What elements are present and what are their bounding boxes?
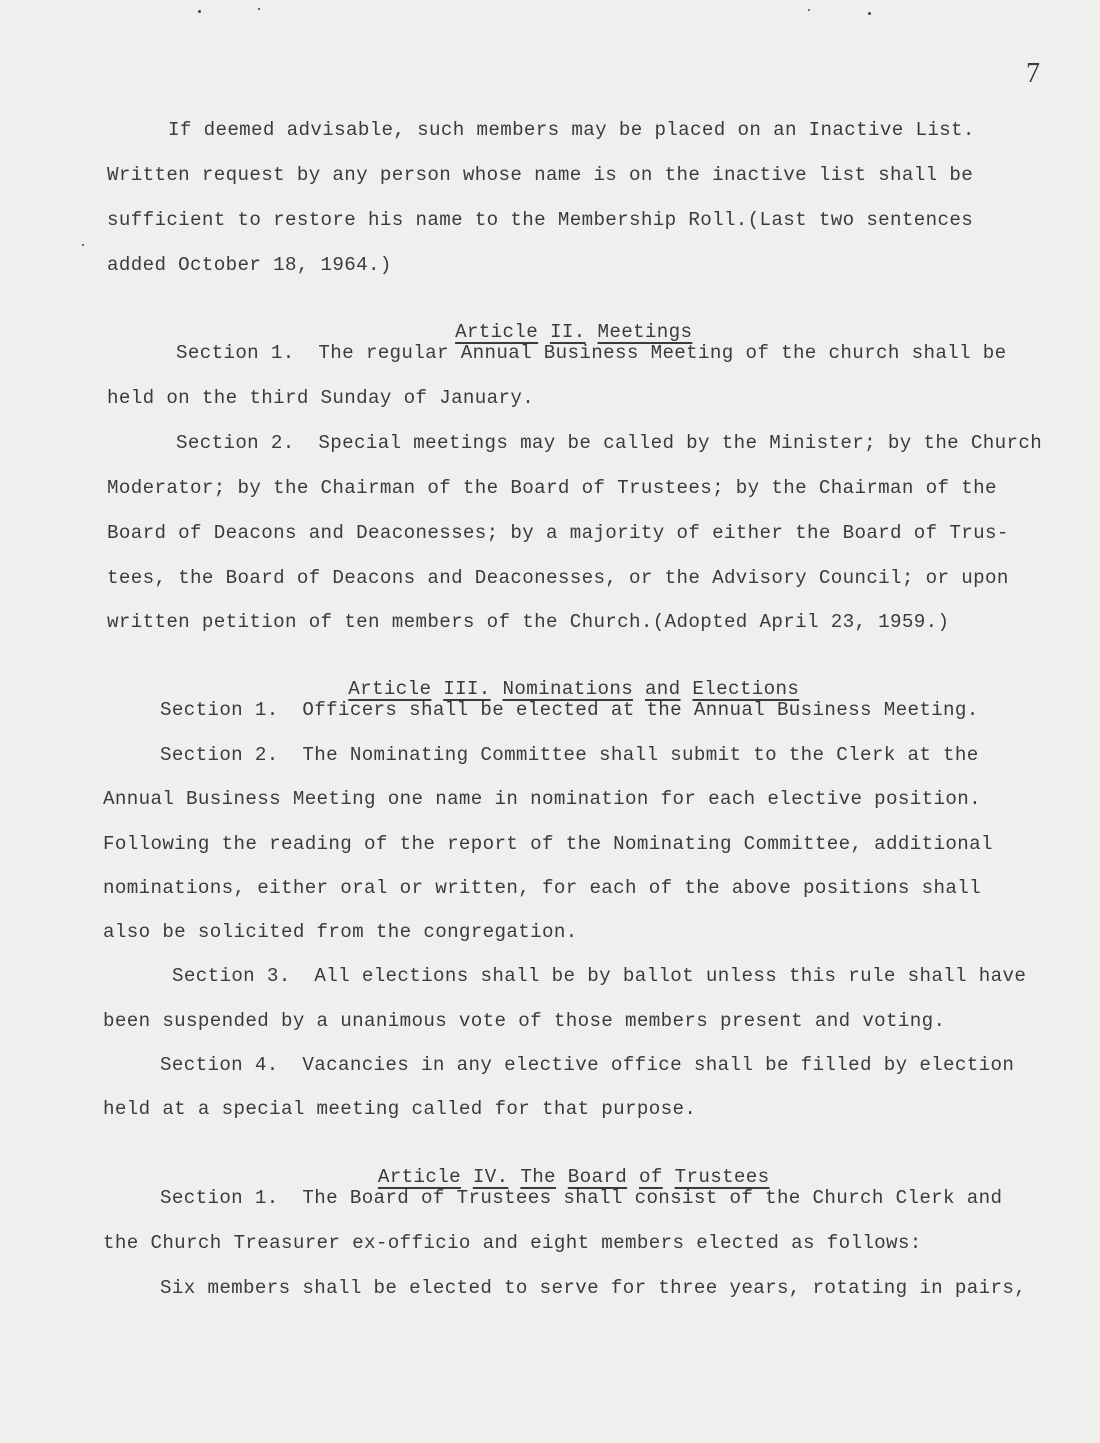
text-line: added October 18, 1964.) — [107, 253, 392, 277]
text-line: Section 2. The Nominating Committee shal… — [160, 743, 979, 767]
heading-word: Article — [348, 678, 431, 700]
text-line: Annual Business Meeting one name in nomi… — [103, 787, 981, 811]
text-line: Section 2. Special meetings may be calle… — [176, 431, 1042, 455]
document-page: 7 If deemed advisable, such members may … — [0, 0, 1100, 1443]
heading-word: The — [520, 1166, 556, 1188]
heading-word: Meetings — [597, 321, 692, 343]
text-line: Section 1. The regular Annual Business M… — [176, 341, 1007, 365]
text-line: Following the reading of the report of t… — [103, 832, 993, 856]
heading-word: and — [645, 678, 681, 700]
heading-word: Trustees — [675, 1166, 770, 1188]
text-line: If deemed advisable, such members may be… — [168, 118, 975, 142]
text-line: Board of Deacons and Deaconesses; by a m… — [107, 521, 1009, 545]
page-number: 7 — [1026, 58, 1040, 90]
text-line: held at a special meeting called for tha… — [103, 1097, 696, 1121]
text-line: held on the third Sunday of January. — [107, 386, 534, 410]
text-line: been suspended by a unanimous vote of th… — [103, 1009, 945, 1033]
scan-speck — [82, 244, 84, 246]
heading-word: Nominations — [503, 678, 634, 700]
text-line: nominations, either oral or written, for… — [103, 876, 981, 900]
heading-word: Elections — [692, 678, 799, 700]
heading-word: of — [639, 1166, 663, 1188]
text-line: sufficient to restore his name to the Me… — [107, 208, 973, 232]
text-line: Section 4. Vacancies in any elective off… — [160, 1053, 1014, 1077]
text-line: Section 1. Officers shall be elected at … — [160, 698, 979, 722]
heading-word: Board — [568, 1166, 627, 1188]
heading-word: Article — [455, 321, 538, 343]
scan-speck — [808, 9, 810, 11]
text-line: Written request by any person whose name… — [107, 163, 973, 187]
heading-word: IV. — [473, 1166, 509, 1188]
text-line: the Church Treasurer ex-officio and eigh… — [103, 1231, 922, 1255]
text-line: written petition of ten members of the C… — [107, 610, 949, 634]
scan-speck — [868, 12, 871, 15]
heading-word: II. — [550, 321, 586, 343]
text-line: tees, the Board of Deacons and Deaconess… — [107, 566, 1009, 590]
text-line: Six members shall be elected to serve fo… — [160, 1276, 1026, 1300]
text-line: also be solicited from the congregation. — [103, 920, 578, 944]
heading-word: Article — [378, 1166, 461, 1188]
heading-word: III. — [443, 678, 490, 700]
text-line: Section 3. All elections shall be by bal… — [172, 964, 1026, 988]
text-line: Moderator; by the Chairman of the Board … — [107, 476, 997, 500]
text-line: Section 1. The Board of Trustees shall c… — [160, 1186, 1002, 1210]
scan-speck — [198, 10, 201, 13]
scan-speck — [258, 8, 260, 10]
